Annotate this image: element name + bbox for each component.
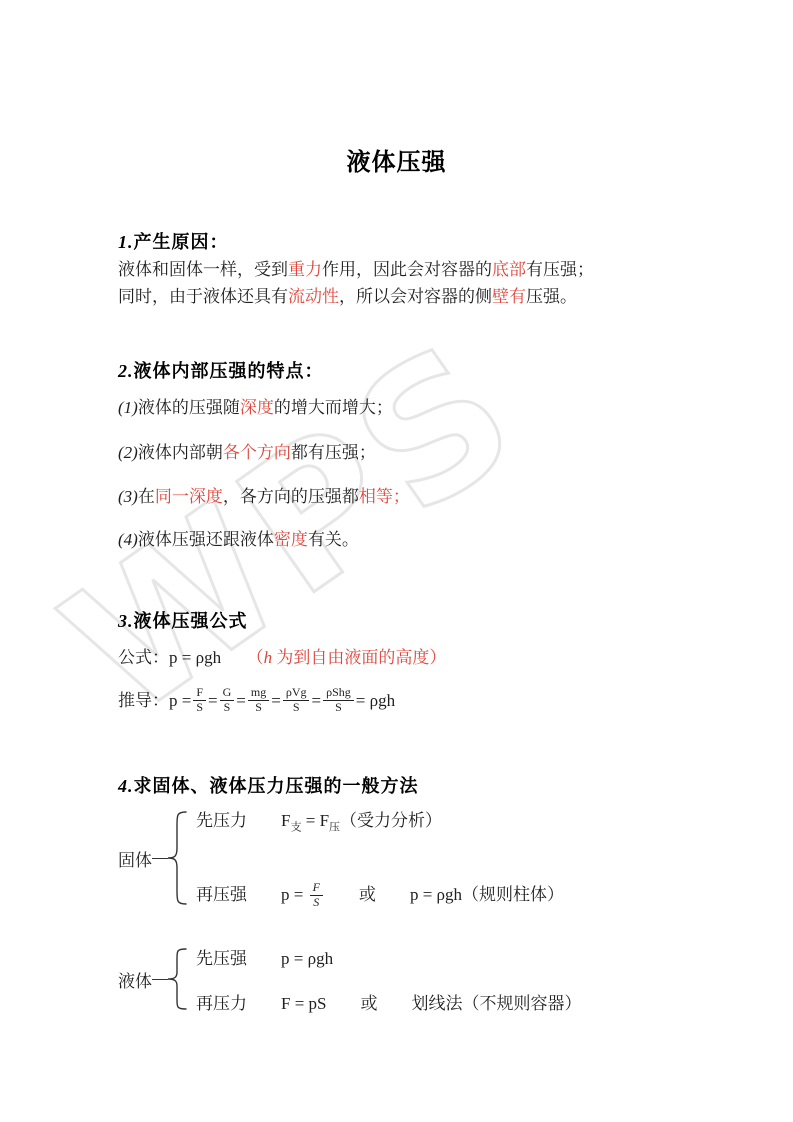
solid-branch-label: 固体 [118, 846, 152, 871]
section-2-item-2: (2)液体内部朝各个方向都有压强； [118, 439, 376, 466]
section-1-heading: 1.产生原因： [118, 228, 229, 254]
solid-branch-group: 固体 先压力 F支 = F压（受力分析） 再压强 p = FS 或 p = ρg… [118, 806, 564, 910]
liquid-branch-rows: 先压强 p = ρgh 再压力 F = pS 或 划线法（不规则容器） [196, 944, 582, 1014]
formula-line: 公式：p = ρgh （h 为到自由液面的高度） [118, 644, 446, 671]
section-2-item-3: (3)在同一深度，各方向的压强都相等； [118, 483, 410, 510]
section-2-item-1: (1)液体的压强随深度的增大而增大； [118, 394, 393, 421]
section-1-paragraph: 液体和固体一样，受到重力作用，因此会对容器的底部有压强；同时，由于液体还具有流动… [118, 256, 594, 310]
section-3-heading: 3.液体压强公式 [118, 607, 248, 633]
solid-branch-row-2: 再压强 p = FS 或 p = ρgh（规则柱体） [196, 880, 564, 910]
curly-brace-icon [166, 947, 188, 1011]
section-2-item-4: (4)液体压强还跟液体密度有关。 [118, 526, 359, 553]
page-title: 液体压强 [0, 142, 793, 177]
derivation-line: 推导：p = FS = GS = mgS = ρVgS = ρShgS = ρg… [118, 680, 395, 720]
liquid-branch-label: 液体 [118, 967, 152, 992]
curly-brace-icon [166, 810, 188, 906]
solid-branch-row-1: 先压力 F支 = F压（受力分析） [196, 806, 564, 834]
solid-branch-rows: 先压力 F支 = F压（受力分析） 再压强 p = FS 或 p = ρgh（规… [196, 806, 564, 910]
section-4-heading: 4.求固体、液体压力压强的一般方法 [118, 772, 419, 798]
document-page: WPS 液体压强 1.产生原因： 液体和固体一样，受到重力作用，因此会对容器的底… [0, 0, 793, 1122]
liquid-branch-group: 液体 先压强 p = ρgh 再压力 F = pS 或 划线法（不规则容器） [118, 944, 582, 1014]
document-content: 液体压强 1.产生原因： 液体和固体一样，受到重力作用，因此会对容器的底部有压强… [0, 0, 793, 1122]
section-2-heading: 2.液体内部压强的特点： [118, 357, 324, 383]
liquid-branch-row-2: 再压力 F = pS 或 划线法（不规则容器） [196, 989, 582, 1014]
liquid-branch-row-1: 先压强 p = ρgh [196, 944, 582, 969]
